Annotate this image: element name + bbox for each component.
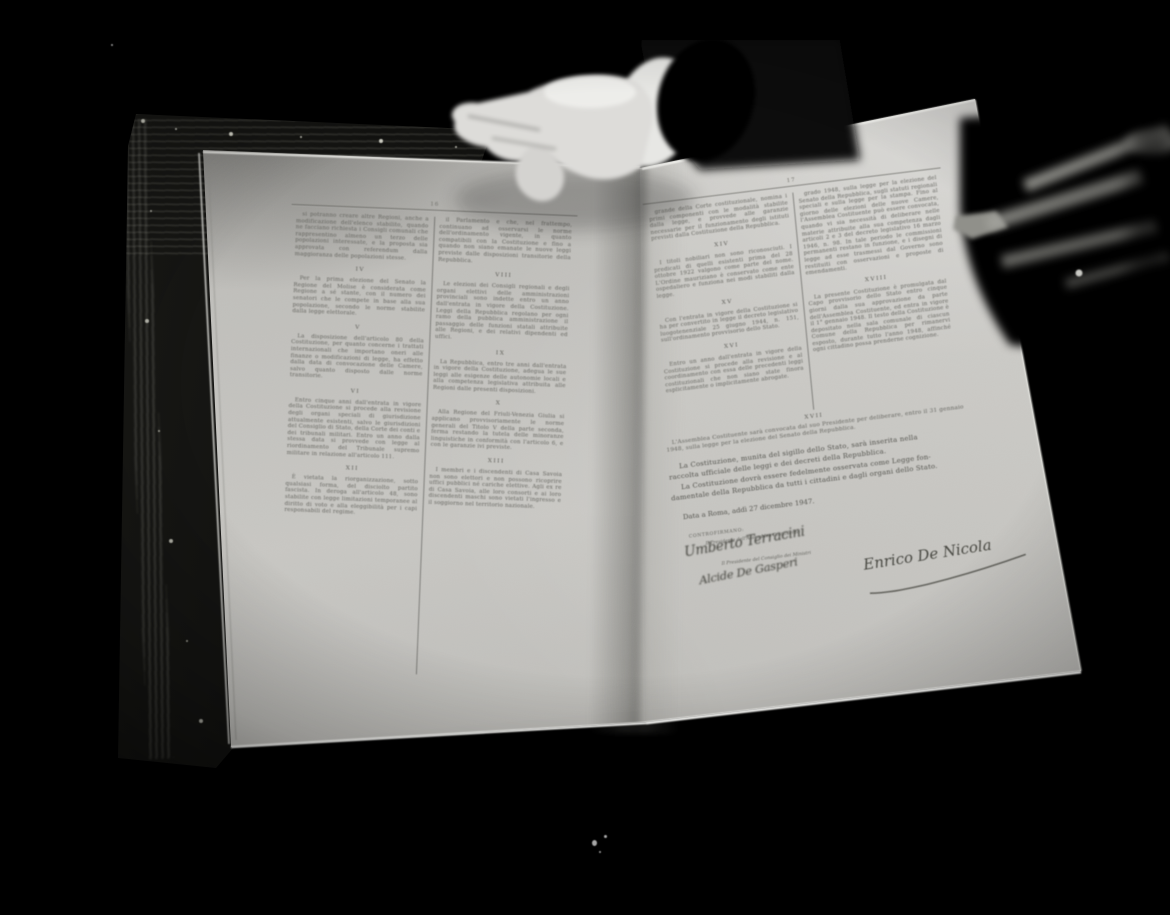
wood-speckles [0, 0, 2, 2]
body-paragraph: il Parlamento e che, nel frattempo, cont… [438, 217, 572, 268]
body-paragraph: si potranno creare altre Regioni, anche … [295, 211, 429, 262]
body-paragraph: Alla Regione del Friuli-Venezia Giulia s… [430, 409, 564, 454]
knuckle-highlight [544, 76, 636, 108]
section-numeral: V [292, 322, 425, 333]
body-paragraph: La presente Costituzione è promulgata da… [808, 278, 952, 354]
body-paragraph: Le elezioni dei Consigli regionali e deg… [435, 281, 570, 346]
body-paragraph: I membri e i discendenti di Casa Savoia … [428, 467, 562, 512]
section-numeral: XII [286, 463, 419, 474]
body-paragraph: La disposizione dell'articolo 80 della C… [290, 333, 424, 384]
finger-highlight [1002, 226, 1156, 262]
text-columns: grande della Corte costituzionale, nomin… [643, 174, 962, 428]
section-numeral: IV [294, 264, 427, 275]
left-page-content: 16 si potranno creare altre Regioni, anc… [272, 196, 578, 703]
finger-highlight [1025, 130, 1168, 186]
ring-highlight [1076, 270, 1083, 277]
dust-speck [599, 851, 601, 853]
section-numeral: XIII [430, 456, 563, 467]
section-numeral: VI [289, 386, 422, 397]
text-column: si potranno creare altre Regioni, anche … [273, 211, 435, 674]
text-columns: si potranno creare altre Regioni, anche … [273, 211, 577, 680]
section-numeral: X [432, 398, 565, 409]
text-column: grado 1948, sulla legge per la elezione … [793, 174, 962, 409]
body-paragraph: È vietata la riorganizzazione, sotto qua… [284, 474, 418, 519]
section-numeral: VIII [437, 270, 570, 281]
text-column: il Parlamento e che, nel frattempo, cont… [416, 217, 577, 680]
dust-speck [604, 835, 607, 838]
page-fold [588, 158, 686, 734]
section-numeral: IX [434, 347, 567, 358]
dust-speck [592, 840, 597, 846]
body-paragraph: Entro cinque anni dall'entrata in vigore… [287, 397, 422, 462]
finger-highlight [1066, 256, 1168, 284]
dust-speck [111, 44, 113, 46]
body-paragraph: Per la prima elezione del Senato la Regi… [292, 275, 426, 320]
body-paragraph: La Repubblica, entro tre anni dall'entra… [433, 358, 567, 396]
body-paragraph: grado 1948, sulla legge per la elezione … [798, 175, 945, 277]
photo-stage: 16 si potranno creare altre Regioni, anc… [0, 0, 1170, 915]
finger-highlight [988, 176, 1142, 224]
